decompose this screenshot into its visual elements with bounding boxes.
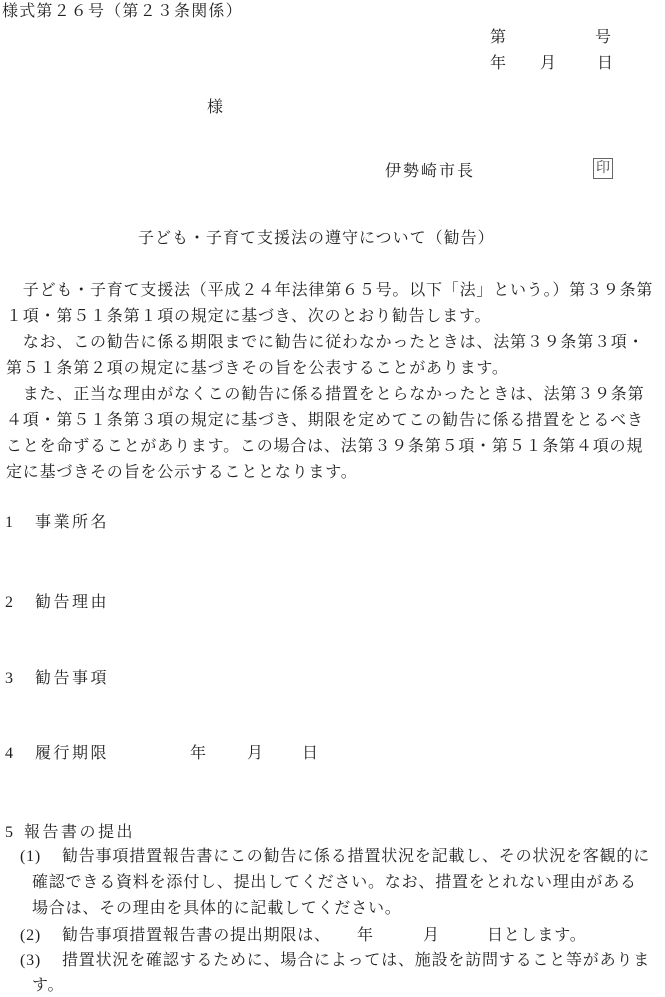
item-number: 2: [5, 593, 14, 613]
body-line: １項・第５１条第１項の規定に基づき、次のとおり勧告します。: [6, 307, 491, 327]
subitem-marker: (3): [20, 951, 41, 971]
addressee-honorific: 様: [207, 98, 224, 118]
item-label-report-submission: 報告書の提出: [24, 823, 135, 843]
subitem-line: 勧告事項措置報告書にこの勧告に係る措置状況を記載し、その状況を客観的に: [62, 847, 650, 867]
submission-month-label: 月: [423, 926, 440, 946]
subitem-line: 場合は、その理由を具体的に記載してください。: [32, 899, 402, 919]
doc-number-prefix: 第: [490, 28, 507, 48]
body-line: 第５１条第２項の規定に基づきその旨を公表することがあります。: [6, 359, 509, 379]
body-line: ことを命ずることがあります。この場合は、法第３９条第５項・第５１条第４項の規: [6, 437, 643, 457]
deadline-year-label: 年: [190, 744, 207, 764]
document-title: 子ども・子育て支援法の遵守について（勧告）: [138, 229, 495, 249]
body-line: 子ども・子育て支援法（平成２４年法律第６５号。以下「法」という。）第３９条第: [6, 281, 653, 301]
subitem-line: す。: [32, 976, 64, 996]
item-number: 3: [5, 669, 14, 689]
subitem-line: 措置状況を確認するために、場合によっては、施設を訪問すること等がありま: [62, 951, 650, 971]
form-number: 様式第２６号（第２３条関係）: [2, 2, 243, 22]
item-number: 4: [5, 744, 14, 764]
body-line: ４項・第５１条第３項の規定に基づき、期限を定めてこの勧告に係る措置をとるべき: [6, 411, 644, 431]
date-month-label: 月: [540, 54, 557, 74]
deadline-month-label: 月: [247, 744, 264, 764]
item-number: 5: [5, 823, 14, 843]
body-line: なお、この勧告に係る期限までに勧告に従わなかったときは、法第３９条第３項・: [6, 333, 644, 353]
subitem-marker: (1): [20, 847, 41, 867]
sender-name: 伊勢崎市長: [385, 162, 475, 182]
item-label-business-name: 事業所名: [35, 513, 109, 533]
subitem-marker: (2): [20, 926, 41, 946]
item-number: 1: [5, 513, 14, 533]
item-label-recommendation-reason: 勧告理由: [35, 593, 109, 613]
date-day-label: 日: [597, 54, 614, 74]
subitem-line: 勧告事項措置報告書の提出期限は、: [62, 926, 331, 946]
date-year-label: 年: [490, 54, 507, 74]
doc-number-suffix: 号: [595, 28, 612, 48]
subitem-line: 日とします。: [487, 926, 587, 946]
subitem-line: 確認できる資料を添付し、提出してください。なお、措置をとれない理由がある: [32, 873, 637, 893]
seal-mark: 印: [593, 158, 613, 179]
item-label-recommendation-matters: 勧告事項: [35, 669, 109, 689]
body-line: また、正当な理由がなくこの勧告に係る措置をとらなかったときは、法第３９条第: [6, 385, 644, 405]
item-label-deadline: 履行期限: [35, 744, 109, 764]
document-page: 様式第２６号（第２３条関係） 第 号 年 月 日 様 伊勢崎市長 印 子ども・子…: [0, 0, 665, 997]
submission-year-label: 年: [357, 926, 374, 946]
body-line: 定に基づきその旨を公示することとなります。: [6, 463, 358, 483]
deadline-day-label: 日: [302, 744, 319, 764]
